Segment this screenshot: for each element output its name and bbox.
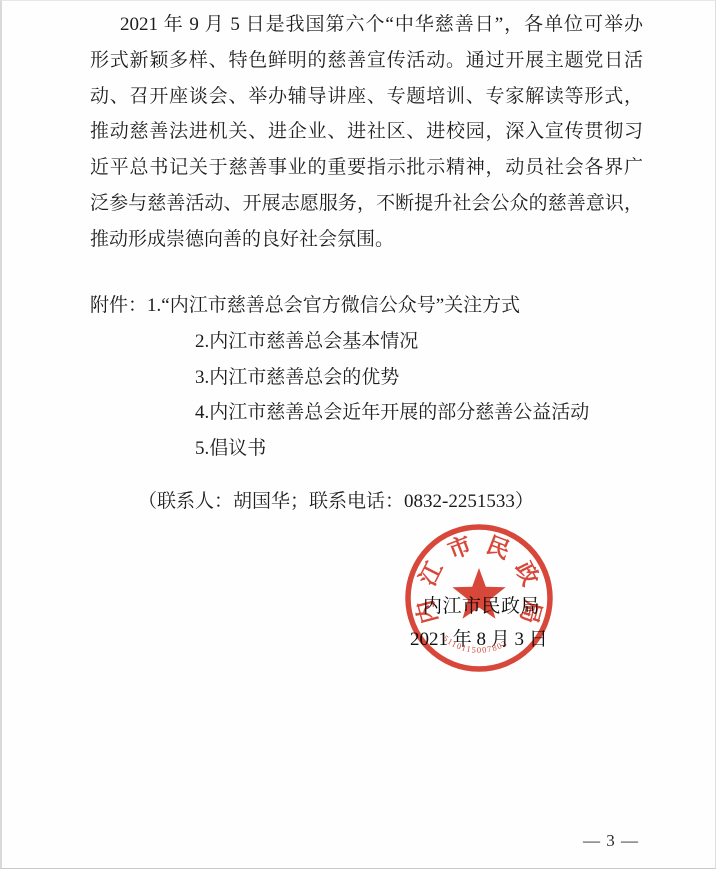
- seal-char: 局: [516, 598, 546, 627]
- paragraph-line: 形式新颖多样、特色鲜明的慈善宣传活动。通过开展主题党日活: [90, 43, 643, 79]
- official-seal: 内 江 市 民 政 局 5110115007803: [401, 520, 557, 676]
- paragraph-line: 2021 年 9 月 5 日是我国第六个“中华慈善日”，各单位可举办: [90, 7, 643, 43]
- attachment-list: 附件： 1.“内江市慈善总会官方微信公众号”关注方式 2.内江市慈善总会基本情况…: [90, 288, 660, 467]
- seal-star-icon: [452, 568, 505, 619]
- seal-number: 5110115007803: [441, 633, 509, 655]
- paragraph-line: 近平总书记关于慈善事业的重要指示批示精神，动员社会各界广: [90, 150, 643, 186]
- page-number: — 3 —: [583, 831, 639, 851]
- seal-char: 民: [483, 532, 513, 564]
- paragraph-line: 推动慈善法进机关、进企业、进社区、进校园，深入宣传贯彻习: [90, 114, 643, 150]
- attachment-label: 附件：: [90, 288, 147, 324]
- attachment-item: 4.内江市慈善总会近年开展的部分慈善公益活动: [195, 395, 660, 431]
- document-page: 2021 年 9 月 5 日是我国第六个“中华慈善日”，各单位可举办 形式新颖多…: [0, 0, 716, 869]
- body-paragraph: 2021 年 9 月 5 日是我国第六个“中华慈善日”，各单位可举办 形式新颖多…: [90, 7, 643, 258]
- attachment-item: 3.内江市慈善总会的优势: [195, 360, 660, 396]
- seal-char: 市: [445, 532, 475, 564]
- attachment-item: 5.倡议书: [195, 431, 660, 467]
- seal-char: 内: [412, 598, 442, 627]
- attachment-item: 1.“内江市慈善总会官方微信公众号”关注方式: [147, 288, 520, 324]
- attachment-item: 2.内江市慈善总会基本情况: [195, 324, 660, 360]
- paragraph-line: 泛参与慈善活动、开展志愿服务，不断提升社会公众的慈善意识，: [90, 186, 643, 222]
- paragraph-line: 动、召开座谈会、举办辅导讲座、专题培训、专家解读等形式，: [90, 79, 643, 115]
- paragraph-line: 推动形成崇德向善的良好社会氛围。: [90, 222, 643, 258]
- attachment-row: 附件： 1.“内江市慈善总会官方微信公众号”关注方式: [90, 288, 660, 324]
- contact-line: （联系人：胡国华；联系电话：0832-2251533）: [138, 488, 534, 516]
